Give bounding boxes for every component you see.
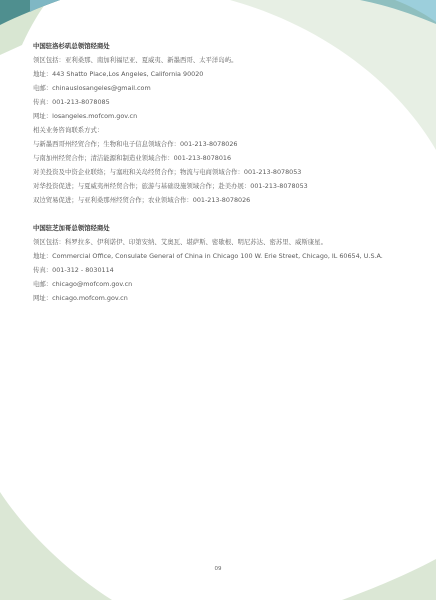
contact-line: 对美投资及中资企业联络；与塞班和关岛经贸合作；物流与电商领域合作：001-213…: [33, 165, 423, 179]
website-line: 网址：losangeles.mofcom.gov.cn: [33, 109, 423, 123]
bottom-left-sage-arc: [0, 492, 112, 600]
contact-line: 与新墨西哥州经贸合作；生物和电子信息领域合作：001-213-8078026: [33, 137, 423, 151]
section-title: 中国驻洛杉矶总领馆经商处: [33, 39, 423, 53]
address-line: 地址：443 Shatto Place,Los Angeles, Califor…: [33, 67, 423, 81]
section-title: 中国驻芝加哥总领馆经商处: [33, 221, 423, 235]
contact-header-line: 相关业务咨询联系方式：: [33, 123, 423, 137]
section-los-angeles: 中国驻洛杉矶总领馆经商处 领区包括：亚利桑那、南加利福尼亚、夏威夷、新墨西哥、太…: [33, 39, 423, 207]
jurisdiction-line: 领区包括：亚利桑那、南加利福尼亚、夏威夷、新墨西哥、太平洋岛屿。: [33, 53, 423, 67]
page-number: 09: [0, 566, 436, 572]
section-chicago: 中国驻芝加哥总领馆经商处 领区包括：科罗拉多、伊利诺伊、印第安纳、艾奥瓦、堪萨斯…: [33, 221, 423, 305]
contact-line: 对华投资促进；与夏威夷州经贸合作；旅游与基础设施领域合作；赴美办展：001-21…: [33, 179, 423, 193]
fax-line: 传真：001-213-8078085: [33, 95, 423, 109]
fax-line: 传真：001-312 - 8030114: [33, 263, 423, 277]
website-line: 网址：chicago.mofcom.gov.cn: [33, 291, 423, 305]
email-line: 电邮：chicago@mofcom.gov.cn: [33, 277, 423, 291]
address-line: 地址：Commercial Office, Consulate General …: [33, 249, 423, 263]
jurisdiction-line: 领区包括：科罗拉多、伊利诺伊、印第安纳、艾奥瓦、堪萨斯、密歇根、明尼苏达、密苏里…: [33, 235, 423, 249]
email-line: 电邮：chinauslosangeles@gmail.com: [33, 81, 423, 95]
contact-line: 双边贸易促进；与亚利桑那州经贸合作；农业领域合作：001-213-8078026: [33, 193, 423, 207]
contact-line: 与南加州经贸合作；清洁能源和制造业领域合作：001-213-8078016: [33, 151, 423, 165]
document-body: 中国驻洛杉矶总领馆经商处 领区包括：亚利桑那、南加利福尼亚、夏威夷、新墨西哥、太…: [33, 39, 423, 319]
